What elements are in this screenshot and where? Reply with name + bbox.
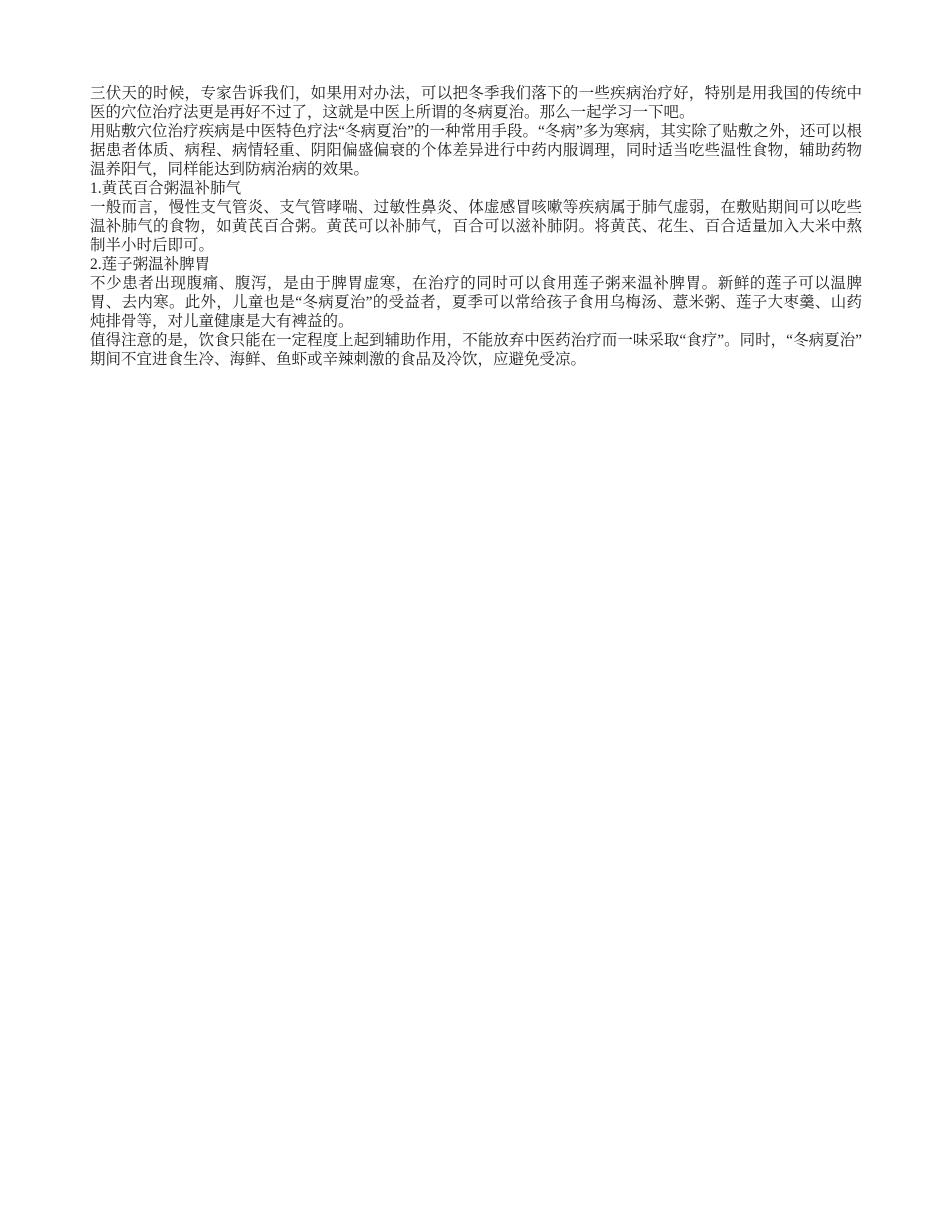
article-body: 三伏天的时候，专家告诉我们，如果用对办法，可以把冬季我们落下的一些疾病治疗好，特… [90, 84, 862, 369]
paragraph-intro: 三伏天的时候，专家告诉我们，如果用对办法，可以把冬季我们落下的一些疾病治疗好，特… [90, 84, 862, 122]
section-heading-huangqi-baihe-porridge: 1.黄芪百合粥温补肺气 [90, 179, 862, 198]
paragraph-method-overview: 用贴敷穴位治疗疾病是中医特色疗法“冬病夏治”的一种常用手段。“冬病”多为寒病，其… [90, 122, 862, 179]
section-heading-lianzi-porridge: 2.莲子粥温补脾胃 [90, 255, 862, 274]
paragraph-huangqi-baihe-detail: 一般而言，慢性支气管炎、支气管哮喘、过敏性鼻炎、体虚感冒咳嗽等疾病属于肺气虚弱，… [90, 198, 862, 255]
paragraph-caution: 值得注意的是，饮食只能在一定程度上起到辅助作用，不能放弃中医药治疗而一味采取“食… [90, 331, 862, 369]
document-page: 三伏天的时候，专家告诉我们，如果用对办法，可以把冬季我们落下的一些疾病治疗好，特… [0, 0, 950, 1230]
paragraph-lianzi-detail: 不少患者出现腹痛、腹泻，是由于脾胃虚寒，在治疗的同时可以食用莲子粥来温补脾胃。新… [90, 274, 862, 331]
